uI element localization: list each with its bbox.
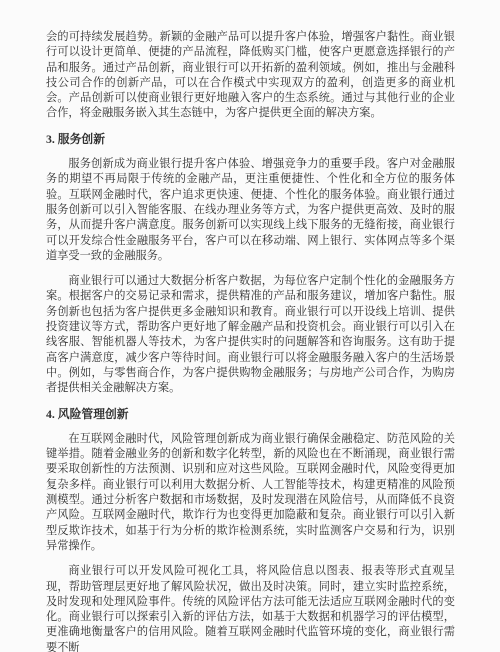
- paragraph-risk-management-1: 在互联网金融时代，风险管理创新成为商业银行确保金融稳定、防范风险的关键举措。随着…: [46, 432, 455, 554]
- section-heading-service-innovation: 3. 服务创新: [46, 132, 455, 147]
- paragraph-risk-management-2: 商业银行可以开发风险可视化工具，将风险信息以图表、报表等形式直观呈现，帮助管理层…: [46, 564, 455, 652]
- paragraph-service-innovation-2: 商业银行可以通过大数据分析客户数据，为每位客户定制个性化的金融服务方案。根据客户…: [46, 274, 455, 396]
- paragraph-product-innovation-continuation: 会的可持续发展趋势。新颖的金融产品可以提升客户体验，增强客户黏性。商业银行可以设…: [46, 30, 455, 122]
- document-page: 会的可持续发展趋势。新颖的金融产品可以提升客户体验，增强客户黏性。商业银行可以设…: [0, 0, 500, 652]
- section-heading-risk-management-innovation: 4. 风险管理创新: [46, 407, 455, 422]
- paragraph-service-innovation-1: 服务创新成为商业银行提升客户体验、增强竞争力的重要手段。客户对金融服务的期望不再…: [46, 157, 455, 264]
